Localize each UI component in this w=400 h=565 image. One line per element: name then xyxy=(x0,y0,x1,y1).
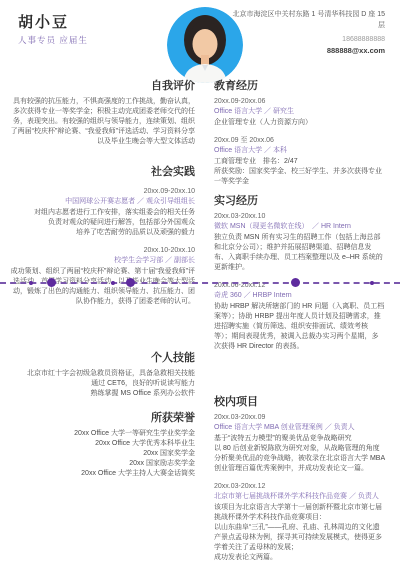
page-break-dot xyxy=(29,281,33,285)
contact-email: 888888@xx.com xyxy=(225,46,385,55)
page-break-dot xyxy=(111,281,115,285)
entry-description-line: 以 80 后创业新锐陈欧为研究对象，从战略管理的角度分析聚美优品的竞争战略，被收… xyxy=(214,444,385,474)
left-column: 自我评价 具有较强的抗压能力，不惧高强度的工作挑战，勤奋认真，多次获得专业一等奖… xyxy=(10,80,195,563)
section-title-skills: 个人技能 xyxy=(10,352,195,365)
internship-entry: 20xx.03-20xx.10 微软 MSN（现更名微软在线） ／ HR Int… xyxy=(214,212,385,273)
page-break-divider xyxy=(0,282,400,284)
page-break-handle[interactable] xyxy=(291,278,300,287)
page-break-handle[interactable] xyxy=(126,278,135,287)
section-title-social-practice: 社会实践 xyxy=(10,166,195,179)
candidate-name: 胡小豆 xyxy=(18,11,69,32)
entry-description: 独立负责 MSN 所有实习生的招聘工作（包括上海总部和北京分公司）；维护并拓展招… xyxy=(214,233,385,273)
section-education: 教育经历 20xx.09-20xx.06 Office 语言大学 ／ 研究生 企… xyxy=(214,80,385,187)
entry-project-role: Office 语言大学 MBA 创业管理案例 ／ 负责人 xyxy=(214,423,385,433)
entry-major: 企业管理专业（人力资源方向） xyxy=(214,118,385,128)
self-evaluation-text: 具有较强的抗压能力，不惧高强度的工作挑战，勤奋认真，多次获得专业一等奖学金；积极… xyxy=(10,97,195,147)
entry-description-line: 成功策划、组织了两届“校庆杯”辩论赛、第十届“我爱我师”评选活动、首届学习资料分… xyxy=(10,267,195,307)
skill-line: 北京市红十字会初级急救员资格证，具备急救相关技能 xyxy=(10,369,195,379)
education-entry: 20xx.09 至 20xx.06 Office 语言大学 ／ 本科 工商管理专… xyxy=(214,136,385,187)
entry-date: 20xx.10-20xx.10 xyxy=(10,246,195,255)
honor-line: 20xx 国家励志奖学金 xyxy=(10,459,195,469)
entry-school-degree: Office 语言大学 ／ 研究生 xyxy=(214,107,385,117)
entry-company-role: 奇虎 360 ／ HRBP Intern xyxy=(214,291,385,301)
section-campus-projects: 校内项目 20xx.03-20xx.09 Office 语言大学 MBA 创业管… xyxy=(214,396,385,563)
section-title-campus-projects: 校内项目 xyxy=(214,396,385,409)
section-honors: 所获荣誉 20xx Office 大学一等研究生学业奖学金 20xx Offic… xyxy=(10,412,195,479)
candidate-job-title: 人事专员 应届生 xyxy=(18,34,88,46)
entry-date: 20xx.03-20xx.09 xyxy=(214,413,385,422)
project-entry: 20xx.03-20xx.12 北京市第七届挑战杯课外学术科技作品竞赛 ／ 负责… xyxy=(214,482,385,563)
section-skills: 个人技能 北京市红十字会初级急救员资格证，具备急救相关技能 通过 CET6，良好… xyxy=(10,352,195,399)
social-practice-entry: 20xx.09-20xx.10 中国网球公开赛志愿者 ／ 观众引导组组长 对组内… xyxy=(10,187,195,238)
social-practice-entry: 20xx.10-20xx.10 校学生会学习部 ／ 副部长 成功策划、组织了两届… xyxy=(10,246,195,307)
entry-date: 20xx.09-20xx.10 xyxy=(10,187,195,196)
entry-date: 20xx.09-20xx.06 xyxy=(214,97,385,106)
page-break-dot xyxy=(370,281,374,285)
honor-line: 20xx 国家奖学金 xyxy=(10,449,195,459)
project-entry: 20xx.03-20xx.09 Office 语言大学 MBA 创业管理案例 ／… xyxy=(214,413,385,474)
section-title-internship: 实习经历 xyxy=(214,195,385,208)
skill-line: 熟练掌握 MS Office 系列办公软件 xyxy=(10,389,195,399)
entry-description-line: 培养了吃苦耐劳的品质以及顽强的毅力 xyxy=(10,228,195,238)
internship-entry: 20xx.06-20xx.12 奇虎 360 ／ HRBP Intern 协助 … xyxy=(214,281,385,352)
contact-phone: 18688888888 xyxy=(225,36,385,43)
resume-page: 胡小豆 人事专员 应届生 北京市海淀区中关村东路 1 号清华科技园 D 座 15… xyxy=(0,0,400,565)
entry-description-line: 基于“波特五力模型”的聚美优品竞争战略研究 xyxy=(214,434,385,444)
resume-header: 胡小豆 人事专员 应届生 北京市海淀区中关村东路 1 号清华科技园 D 座 15… xyxy=(0,0,400,80)
entry-school-degree: Office 语言大学 ／ 本科 xyxy=(214,146,385,156)
right-column: 教育经历 20xx.09-20xx.06 Office 语言大学 ／ 研究生 企… xyxy=(214,80,385,563)
contact-block: 北京市海淀区中关村东路 1 号清华科技园 D 座 15 层 1868888888… xyxy=(225,9,385,55)
contact-address: 北京市海淀区中关村东路 1 号清华科技园 D 座 15 层 xyxy=(225,9,385,31)
section-title-self-evaluation: 自我评价 xyxy=(10,80,195,93)
entry-description-line: 对组内志愿者进行工作安排，落实组委会的相关任务 xyxy=(10,208,195,218)
entry-organization: 中国网球公开赛志愿者 ／ 观众引导组组长 xyxy=(10,197,195,207)
section-self-evaluation: 自我评价 具有较强的抗压能力，不惧高强度的工作挑战，勤奋认真，多次获得专业一等奖… xyxy=(10,80,195,147)
entry-description-line: 该项目为北京语言大学第十一届创新杯暨北京市第七届挑战杯课外学术科技作品竞赛项目： xyxy=(214,503,385,523)
section-social-practice: 社会实践 20xx.09-20xx.10 中国网球公开赛志愿者 ／ 观众引导组组… xyxy=(10,166,195,307)
page-break-handle[interactable] xyxy=(47,278,56,287)
entry-organization: 校学生会学习部 ／ 副部长 xyxy=(10,256,195,266)
entry-date: 20xx.03-20xx.12 xyxy=(214,482,385,491)
entry-date: 20xx.03-20xx.10 xyxy=(214,212,385,221)
entry-project-role: 北京市第七届挑战杯课外学术科技作品竞赛 ／ 负责人 xyxy=(214,492,385,502)
entry-awards: 所获奖励：国家奖学金、校三好学生、并多次获得专业一等奖学金 xyxy=(214,167,385,187)
skill-line: 通过 CET6，良好的听说读写能力 xyxy=(10,379,195,389)
entry-description-line: 负责对观众的疑问进行解答，包括部分外国观众 xyxy=(10,218,195,228)
entry-description-line: 成功发表论文两篇。 xyxy=(214,553,385,563)
entry-major: 工商管理专业 排名：2/47 xyxy=(214,157,385,167)
resume-body: 自我评价 具有较强的抗压能力，不惧高强度的工作挑战，勤奋认真，多次获得专业一等奖… xyxy=(0,80,400,563)
entry-description: 协助 HRBP 解决所辖部门的 HR 问题（入离职、员工档案等）；协助 HRBP… xyxy=(214,302,385,352)
honor-line: 20xx Office 大学优秀本科毕业生 xyxy=(10,439,195,449)
honor-line: 20xx Office 大学主持人大赛金话筒奖 xyxy=(10,469,195,479)
section-title-education: 教育经历 xyxy=(214,80,385,93)
section-internship: 实习经历 20xx.03-20xx.10 微软 MSN（现更名微软在线） ／ H… xyxy=(214,195,385,352)
entry-company-role: 微软 MSN（现更名微软在线） ／ HR Intern xyxy=(214,222,385,232)
entry-date: 20xx.09 至 20xx.06 xyxy=(214,136,385,145)
honor-line: 20xx Office 大学一等研究生学业奖学金 xyxy=(10,429,195,439)
section-title-honors: 所获荣誉 xyxy=(10,412,195,425)
entry-description-line: 以山东曲阜“三孔”——孔府、孔庙、孔林周边的文化遗产景点孟母林为例，探寻其可持续… xyxy=(214,523,385,553)
education-entry: 20xx.09-20xx.06 Office 语言大学 ／ 研究生 企业管理专业… xyxy=(214,97,385,128)
